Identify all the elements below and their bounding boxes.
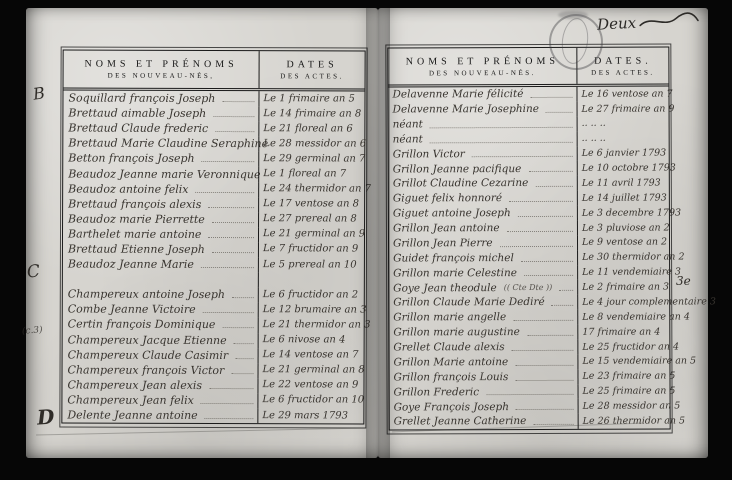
date-cell: Le 11 avril 1793 (577, 176, 669, 191)
dot-leader (472, 156, 573, 157)
left-table-header: NOMS ET PRÉNOMS DES NOUVEAU-NÉS, DATES D… (64, 50, 365, 91)
newborn-name: Champereux Jean felix (62, 394, 194, 405)
name-cell: Soquillard françois Joseph (63, 93, 258, 105)
date-cell: Le 5 prereal an 10 (258, 257, 364, 272)
newborn-name: Grillon Victor (389, 149, 465, 160)
act-date: Le 23 frimaire an 5 (582, 372, 675, 382)
date-cell: Le 21 floreal an 6 (258, 121, 364, 136)
newborn-name: Delente Jeanne antoine (62, 409, 197, 420)
dot-leader (513, 320, 573, 321)
register-row: Grillon marie Celestine Le 11 vendemiair… (389, 265, 669, 281)
act-date: Le 16 ventose an 7 (581, 89, 672, 99)
newborn-name: Grillon marie angelle (389, 312, 506, 323)
name-cell: Grillon marie Celestine (389, 268, 577, 279)
date-cell: Le 24 thermidor an 7 (258, 182, 364, 197)
margin-letter-b: B (32, 83, 46, 103)
name-cell: Giguet antoine Joseph (389, 208, 577, 219)
register-row: Beaudoz Jeanne Marie Le 5 prereal an 10 (63, 257, 364, 273)
name-cell: Goye François Joseph (390, 401, 578, 412)
act-date: Le 2 frimaire an 3 (582, 283, 669, 293)
dot-leader (518, 216, 573, 217)
right-page: NOMS ET PRÉNOMS DES NOUVEAU-NÉS. DATES. … (378, 8, 708, 458)
newborn-name: Grillon marie Celestine (389, 268, 517, 279)
dates-header-line1: DATES. (594, 55, 652, 66)
dot-leader (195, 192, 254, 193)
act-date: .. .. .. (582, 119, 606, 129)
name-cell: Guidet françois michel (389, 253, 577, 264)
date-cell: .. .. .. (577, 131, 669, 146)
dot-leader (528, 171, 572, 172)
date-cell: Le 6 nivose an 4 (258, 333, 364, 348)
date-cell: Le 1 floreal an 7 (258, 167, 364, 182)
act-date: Le 29 mars 1793 (262, 411, 348, 421)
left-register-table: NOMS ET PRÉNOMS DES NOUVEAU-NÉS, DATES D… (61, 49, 365, 424)
date-cell: Le 17 ventose an 8 (258, 197, 364, 212)
dot-leader (205, 418, 254, 419)
dot-leader (546, 112, 573, 113)
dates-header-line2: DES ACTES. (280, 72, 344, 80)
dot-leader (535, 186, 572, 187)
date-cell: Le 1 frimaire an 5 (258, 91, 364, 106)
act-date: Le 21 germinal an 8 (263, 365, 365, 375)
register-row: Grillon Victor Le 6 janvier 1793 (389, 146, 669, 162)
dot-leader (524, 275, 573, 276)
name-cell: Grillon marie angelle (389, 312, 577, 323)
ink-annotation-text: Deux (597, 14, 637, 34)
newborn-name: Grillon Frederic (390, 387, 480, 398)
register-row: Brettaud Marie Claudine Seraphine Le 28 … (63, 136, 364, 152)
name-cell: Grillon Frederic (390, 387, 578, 398)
dot-leader (515, 365, 573, 366)
dates-header-line1: DATES (287, 59, 338, 70)
newborn-name: Brettaud Claude frederic (63, 123, 208, 135)
act-date: Le 14 frimaire an 8 (263, 109, 361, 119)
name-cell: Grillon Jean Pierre (389, 238, 577, 249)
dot-leader (201, 267, 254, 268)
act-date: Le 25 frimaire an 5 (583, 387, 676, 397)
act-date: 17 frimaire an 4 (582, 327, 660, 337)
register-row: Barthelet marie antoine Le 21 germinal a… (63, 226, 364, 242)
register-row: Certin françois Dominique Le 21 thermido… (63, 317, 364, 333)
dot-leader (512, 350, 574, 351)
name-cell: néant (389, 134, 577, 145)
name-cell: Beaudoz Jeanne marie Veronnique (63, 168, 258, 180)
date-cell: Le 25 fructidor an 4 (577, 339, 669, 354)
date-cell: Le 12 brumaire an 3 (258, 302, 364, 317)
newborn-name: Grillon Jeanne pacifique (389, 164, 522, 175)
act-date: Le 6 nivose an 4 (263, 335, 346, 345)
left-page: NOMS ET PRÉNOMS DES NOUVEAU-NÉS, DATES D… (26, 8, 378, 458)
date-cell: Le 29 mars 1793 (257, 408, 363, 423)
dot-leader (552, 305, 574, 306)
register-row: Beaudoz marie Pierrette Le 27 prereal an… (63, 211, 364, 227)
register-row: Delente Jeanne antoine Le 29 mars 1793 (62, 407, 363, 423)
register-row: Grellet Claude alexis Le 25 fructidor an… (389, 339, 669, 355)
date-cell: Le 21 germinal an 8 (258, 363, 364, 378)
act-date: Le 1 frimaire an 5 (263, 94, 354, 104)
act-date: Le 24 thermidor an 7 (263, 184, 371, 194)
act-date: Le 3 pluviose an 2 (582, 223, 670, 233)
dot-leader (430, 141, 573, 142)
act-date: Le 9 ventose an 2 (582, 238, 667, 248)
book-gutter (366, 8, 390, 458)
act-date: Le 5 prereal an 10 (263, 260, 357, 270)
register-row: Goye François Joseph Le 28 messidor an 5 (390, 399, 670, 415)
dot-leader (500, 246, 573, 247)
newborn-name: Champereux Jean alexis (62, 379, 202, 390)
act-date: Le 1 floreal an 7 (263, 169, 346, 179)
register-row: Grillon Jeanne pacifique Le 10 octobre 1… (389, 161, 669, 177)
dot-leader (486, 394, 573, 395)
name-cell: Giguet felix honnoré (389, 193, 577, 204)
dot-leader (231, 373, 253, 374)
newborn-name: Combe Jeanne Victoire (63, 304, 196, 315)
name-cell: Champereux Claude Casimir (63, 349, 258, 361)
act-date: Le 21 germinal an 9 (263, 230, 365, 240)
register-row: néant .. .. .. (389, 131, 669, 147)
register-row: Brettaud françois alexis Le 17 ventose a… (63, 196, 364, 212)
act-date: Le 11 vendemiaire 3 (582, 268, 681, 278)
date-cell: Le 27 prereal an 8 (258, 212, 364, 227)
act-date: Le 22 ventose an 9 (262, 381, 358, 391)
dot-leader (530, 97, 572, 98)
register-row (63, 272, 364, 288)
date-cell: Le 28 messidor an 5 (578, 399, 670, 414)
right-register-table: NOMS ET PRÉNOMS DES NOUVEAU-NÉS. DATES. … (387, 47, 670, 431)
name-cell: Delavenne Marie félicité (388, 89, 576, 100)
name-cell: Grillon marie augustine (389, 327, 577, 338)
act-date: Le 21 floreal an 6 (263, 124, 352, 134)
act-date: Le 7 fructidor an 9 (263, 245, 358, 255)
name-cell: Grillon Marie antoine (389, 357, 577, 368)
register-row: Goye Jean theodule (( Cte Dte )) Le 2 fr… (389, 280, 669, 296)
act-date: Le 12 brumaire an 3 (263, 305, 367, 315)
name-cell: Champereux françois Victor (63, 364, 258, 376)
register-row: Combe Jeanne Victoire Le 12 brumaire an … (63, 302, 364, 318)
date-cell: Le 14 ventose an 7 (258, 348, 364, 363)
newborn-name: Grillot Claudine Cezarine (389, 178, 529, 189)
right-table-header: NOMS ET PRÉNOMS DES NOUVEAU-NÉS. DATES. … (388, 48, 668, 88)
newborn-name: Champereux françois Victor (63, 364, 225, 376)
register-row: Beaudoz antoine felix Le 24 thermidor an… (63, 181, 364, 197)
register-row: Delavenne Marie félicité Le 16 ventose a… (388, 87, 668, 103)
date-cell: Le 14 juillet 1793 (577, 191, 669, 206)
date-cell: Le 26 thermidor an 5 (578, 414, 670, 429)
dot-leader (507, 231, 573, 232)
margin-letter-d: D (36, 404, 55, 429)
date-cell: Le 6 fructidor an 10 (257, 393, 363, 408)
newborn-name: Beaudoz marie Pierrette (63, 213, 205, 224)
act-date: Le 6 fructidor an 2 (263, 290, 358, 300)
newborn-name: Giguet antoine Joseph (389, 208, 511, 219)
act-date: Le 11 avril 1793 (582, 178, 661, 188)
newborn-name: néant (389, 119, 423, 130)
act-date: Le 14 juillet 1793 (582, 193, 667, 203)
newborn-name: Brettaud Etienne Joseph (63, 243, 205, 254)
register-scan: NOMS ET PRÉNOMS DES NOUVEAU-NÉS, DATES D… (0, 0, 732, 480)
register-row: Grillon Claude Marie Dediré Le 4 jour co… (389, 295, 669, 311)
newborn-name: Delavenne Marie félicité (388, 89, 523, 100)
dot-leader (203, 312, 254, 313)
register-row: Grillon Frederic Le 25 frimaire an 5 (390, 384, 670, 400)
date-cell: Le 29 germinal an 7 (258, 152, 364, 167)
act-date: Le 10 octobre 1793 (582, 164, 676, 174)
dot-leader (208, 237, 254, 238)
margin-letter-c: C (26, 261, 41, 282)
newborn-name: Barthelet marie antoine (63, 228, 201, 239)
date-cell: Le 21 thermidor an 3 (258, 318, 364, 333)
register-row: Giguet antoine Joseph Le 3 decembre 1793 (389, 206, 669, 222)
newborn-name: Champereux Jacque Etienne (63, 334, 227, 346)
date-cell: Le 21 germinal an 9 (258, 227, 364, 242)
newborn-name: Grillon françois Louis (389, 372, 508, 383)
register-row: Brettaud Claude frederic Le 21 floreal a… (63, 121, 364, 137)
date-cell: Le 10 octobre 1793 (577, 161, 669, 176)
newborn-name: Grellet Claude alexis (389, 342, 504, 353)
date-cell: Le 6 fructidor an 2 (258, 287, 364, 302)
date-cell: Le 15 vendemiaire an 5 (577, 354, 669, 369)
newborn-name: Giguet felix honnoré (389, 193, 502, 204)
date-cell (258, 272, 364, 287)
date-cell: Le 7 fructidor an 9 (258, 242, 364, 257)
newborn-name: Grillon Jean antoine (389, 223, 500, 234)
register-row: Grillon marie angelle Le 8 vendemiaire a… (389, 310, 669, 326)
register-row: Betton françois Joseph Le 29 germinal an… (63, 151, 364, 167)
date-cell: Le 9 ventose an 2 (577, 235, 669, 250)
register-row: Champereux antoine Joseph Le 6 fructidor… (63, 287, 364, 303)
register-row: Brettaud Etienne Joseph Le 7 fructidor a… (63, 241, 364, 257)
name-cell: Barthelet marie antoine (63, 228, 258, 240)
date-cell: Le 27 frimaire an 9 (577, 101, 669, 116)
register-row: Soquillard françois Joseph Le 1 frimaire… (63, 90, 364, 106)
act-date: Le 30 thermidor an 2 (582, 253, 684, 263)
dot-leader (430, 127, 573, 128)
register-row: Giguet felix honnoré Le 14 juillet 1793 (389, 191, 669, 207)
name-cell: Delente Jeanne antoine (62, 409, 257, 421)
archive-stamp (548, 10, 602, 72)
names-header-line1: NOMS ET PRÉNOMS (406, 55, 559, 67)
newborn-name: Champereux Claude Casimir (63, 349, 229, 361)
date-cell: 17 frimaire an 4 (577, 325, 669, 340)
margin-note-3e: 3e (676, 274, 691, 288)
register-row: Champereux Jean felix Le 6 fructidor an … (62, 392, 363, 408)
row-annotation: (( Cte Dte )) (500, 284, 553, 292)
newborn-name: Grillon Jean Pierre (389, 238, 493, 249)
page-crease (36, 428, 366, 436)
dot-leader (235, 358, 253, 359)
name-cell: Certin françois Dominique (63, 319, 258, 331)
date-cell: Le 8 vendemiaire an 4 (577, 310, 669, 325)
dot-leader (222, 327, 253, 328)
date-cell: Le 23 frimaire an 5 (577, 369, 669, 384)
date-cell: Le 6 janvier 1793 (577, 146, 669, 161)
act-date: Le 3 decembre 1793 (582, 208, 681, 218)
register-row: Guidet françois michel Le 30 thermidor a… (389, 250, 669, 266)
newborn-name: Grillon Claude Marie Dediré (389, 297, 545, 308)
name-cell: Champereux Jean alexis (62, 379, 257, 391)
register-row: Grillot Claudine Cezarine Le 11 avril 17… (389, 176, 669, 192)
name-cell: Grillon Victor (389, 149, 577, 160)
ink-flourish (638, 11, 701, 30)
newborn-name: Delavenne Marie Josephine (389, 104, 539, 115)
newborn-name: Brettaud Marie Claudine Seraphine (63, 138, 268, 150)
names-header: NOMS ET PRÉNOMS DES NOUVEAU-NÉS, (64, 50, 259, 88)
name-cell: Brettaud Marie Claudine Seraphine (63, 138, 258, 150)
name-cell: Grillon Jean antoine (389, 223, 577, 234)
act-date: Le 25 fructidor an 4 (582, 342, 679, 352)
date-cell: Le 16 ventose an 7 (576, 87, 668, 102)
act-date: Le 28 messidor an 5 (583, 402, 681, 412)
date-cell: Le 2 frimaire an 3 (577, 280, 669, 295)
dot-leader (234, 343, 254, 344)
newborn-name: Guidet françois michel (389, 253, 514, 264)
newborn-name: Soquillard françois Joseph (63, 93, 215, 105)
act-date: Le 6 fructidor an 10 (262, 396, 364, 406)
dot-leader (212, 222, 254, 223)
register-row: Delavenne Marie Josephine Le 27 frimaire… (389, 101, 669, 117)
name-cell: Betton françois Joseph (63, 153, 258, 165)
name-cell: Champereux Jacque Etienne (63, 334, 258, 346)
dot-leader (215, 131, 254, 132)
register-row: Grillon Jean antoine Le 3 pluviose an 2 (389, 220, 669, 236)
register-row: Champereux françois Victor Le 21 germina… (63, 362, 364, 378)
dot-leader (208, 207, 254, 208)
dot-leader (222, 101, 254, 102)
dot-leader (201, 403, 254, 404)
names-header-line2: DES NOUVEAU-NÉS, (108, 72, 215, 80)
date-cell: Le 28 messidor an 6 (258, 136, 364, 151)
name-cell: Beaudoz antoine felix (63, 183, 258, 195)
name-cell: Brettaud aimable Joseph (63, 108, 258, 120)
newborn-name: Beaudoz Jeanne marie Veronnique (63, 168, 260, 180)
dot-leader (213, 116, 254, 117)
name-cell: Brettaud françois alexis (63, 198, 258, 210)
newborn-name: néant (389, 134, 423, 145)
name-cell: Grillon françois Louis (389, 372, 577, 383)
act-date: Le 6 janvier 1793 (582, 149, 667, 159)
dot-leader (509, 201, 573, 202)
name-cell: Combe Jeanne Victoire (63, 304, 258, 316)
register-row: Beaudoz Jeanne marie Veronnique Le 1 flo… (63, 166, 364, 182)
act-date: Le 28 messidor an 6 (263, 139, 366, 149)
register-row: Grillon Jean Pierre Le 9 ventose an 2 (389, 235, 669, 251)
newborn-name: Grellet Jeanne Catherine (390, 416, 527, 427)
date-cell: Le 25 frimaire an 5 (578, 384, 670, 399)
register-row: néant .. .. .. (389, 116, 669, 132)
act-date: Le 14 ventose an 7 (263, 350, 359, 360)
dot-leader (212, 252, 254, 253)
name-cell: Beaudoz Jeanne Marie (63, 259, 258, 271)
name-cell: Champereux Jean felix (62, 394, 257, 406)
right-register-rows: Delavenne Marie félicité Le 16 ventose a… (388, 87, 669, 430)
name-cell: Beaudoz marie Pierrette (63, 213, 258, 225)
dot-leader (232, 297, 254, 298)
dot-leader (209, 388, 253, 389)
newborn-name: Beaudoz Jeanne Marie (63, 259, 194, 270)
names-header-line1: NOMS ET PRÉNOMS (84, 59, 237, 71)
dot-leader (527, 335, 574, 336)
newborn-name: Goye Jean theodule (389, 283, 497, 294)
newborn-name: Betton françois Joseph (63, 153, 194, 164)
act-date: Le 4 jour complementaire 3 (582, 297, 716, 307)
act-date: Le 15 vendemiaire an 5 (582, 357, 696, 367)
dot-leader (521, 260, 573, 261)
dot-leader (202, 161, 255, 162)
name-cell: Grellet Claude alexis (389, 342, 577, 353)
name-cell: Grillot Claudine Cezarine (389, 178, 577, 189)
newborn-name: Certin françois Dominique (63, 319, 216, 331)
register-row: Grillon Marie antoine Le 15 vendemiaire … (389, 354, 669, 370)
act-date: Le 27 prereal an 8 (263, 214, 357, 224)
dot-leader (559, 290, 573, 291)
newborn-name: Brettaud françois alexis (63, 198, 201, 209)
name-cell: Delavenne Marie Josephine (389, 104, 577, 115)
date-cell: Le 3 decembre 1793 (577, 206, 669, 221)
date-cell: Le 14 frimaire an 8 (258, 106, 364, 121)
date-cell: Le 11 vendemiaire 3 (577, 265, 669, 280)
register-row: Brettaud aimable Joseph Le 14 frimaire a… (63, 106, 364, 122)
act-date: Le 29 germinal an 7 (263, 154, 365, 164)
newborn-name: Champereux antoine Joseph (63, 289, 225, 301)
act-date: Le 21 thermidor an 3 (263, 320, 371, 330)
newborn-name: Beaudoz antoine felix (63, 183, 188, 194)
register-row: Champereux Claude Casimir Le 14 ventose … (63, 347, 364, 363)
register-row: Champereux Jacque Etienne Le 6 nivose an… (63, 332, 364, 348)
name-cell (63, 279, 258, 280)
name-cell: Champereux antoine Joseph (63, 289, 258, 301)
act-date: Le 8 vendemiaire an 4 (582, 312, 690, 322)
register-row: Champereux Jean alexis Le 22 ventose an … (62, 377, 363, 393)
names-header-line2: DES NOUVEAU-NÉS. (429, 68, 536, 76)
newborn-name: Brettaud aimable Joseph (63, 108, 206, 119)
act-date: .. .. .. (582, 134, 606, 144)
register-row: Grillon marie augustine 17 frimaire an 4 (389, 325, 669, 341)
name-cell: Brettaud Claude frederic (63, 123, 258, 135)
dot-leader (515, 379, 573, 380)
date-cell: Le 30 thermidor an 2 (577, 250, 669, 265)
name-cell: néant (389, 119, 577, 130)
margin-note-c3: (c.3) (22, 325, 43, 336)
left-register-rows: Soquillard françois Joseph Le 1 frimaire… (62, 90, 364, 423)
date-cell: Le 22 ventose an 9 (257, 378, 363, 393)
act-date: Le 17 ventose an 8 (263, 199, 359, 209)
dot-leader (516, 409, 574, 410)
newborn-name: Grillon Marie antoine (389, 357, 508, 368)
newborn-name: Grillon marie augustine (389, 327, 520, 338)
name-cell: Brettaud Etienne Joseph (63, 243, 258, 255)
name-cell: Grillon Jeanne pacifique (389, 163, 577, 174)
stamp-smudge (558, 11, 588, 19)
date-cell: Le 3 pluviose an 2 (577, 220, 669, 235)
name-cell: Goye Jean theodule (( Cte Dte )) (389, 282, 577, 293)
act-date: Le 27 frimaire an 9 (582, 104, 675, 114)
date-cell: Le 4 jour complementaire 3 (577, 295, 669, 310)
register-row: Grillon françois Louis Le 23 frimaire an… (389, 369, 669, 385)
date-cell: .. .. .. (577, 116, 669, 131)
dates-header: DATES DES ACTES. (259, 51, 365, 88)
name-cell: Grillon Claude Marie Dediré (389, 297, 577, 308)
newborn-name: Goye François Joseph (390, 402, 509, 413)
